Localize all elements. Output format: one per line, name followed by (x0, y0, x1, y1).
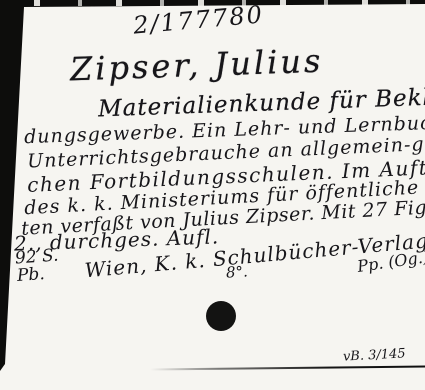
format-mark: 8°. (226, 262, 249, 281)
binding-abbreviation: Pb. (16, 264, 45, 286)
scanned-catalog-card-image: 2/177780 Zipser, Julius Materialienkunde… (0, 0, 425, 390)
punch-hole (206, 301, 236, 331)
